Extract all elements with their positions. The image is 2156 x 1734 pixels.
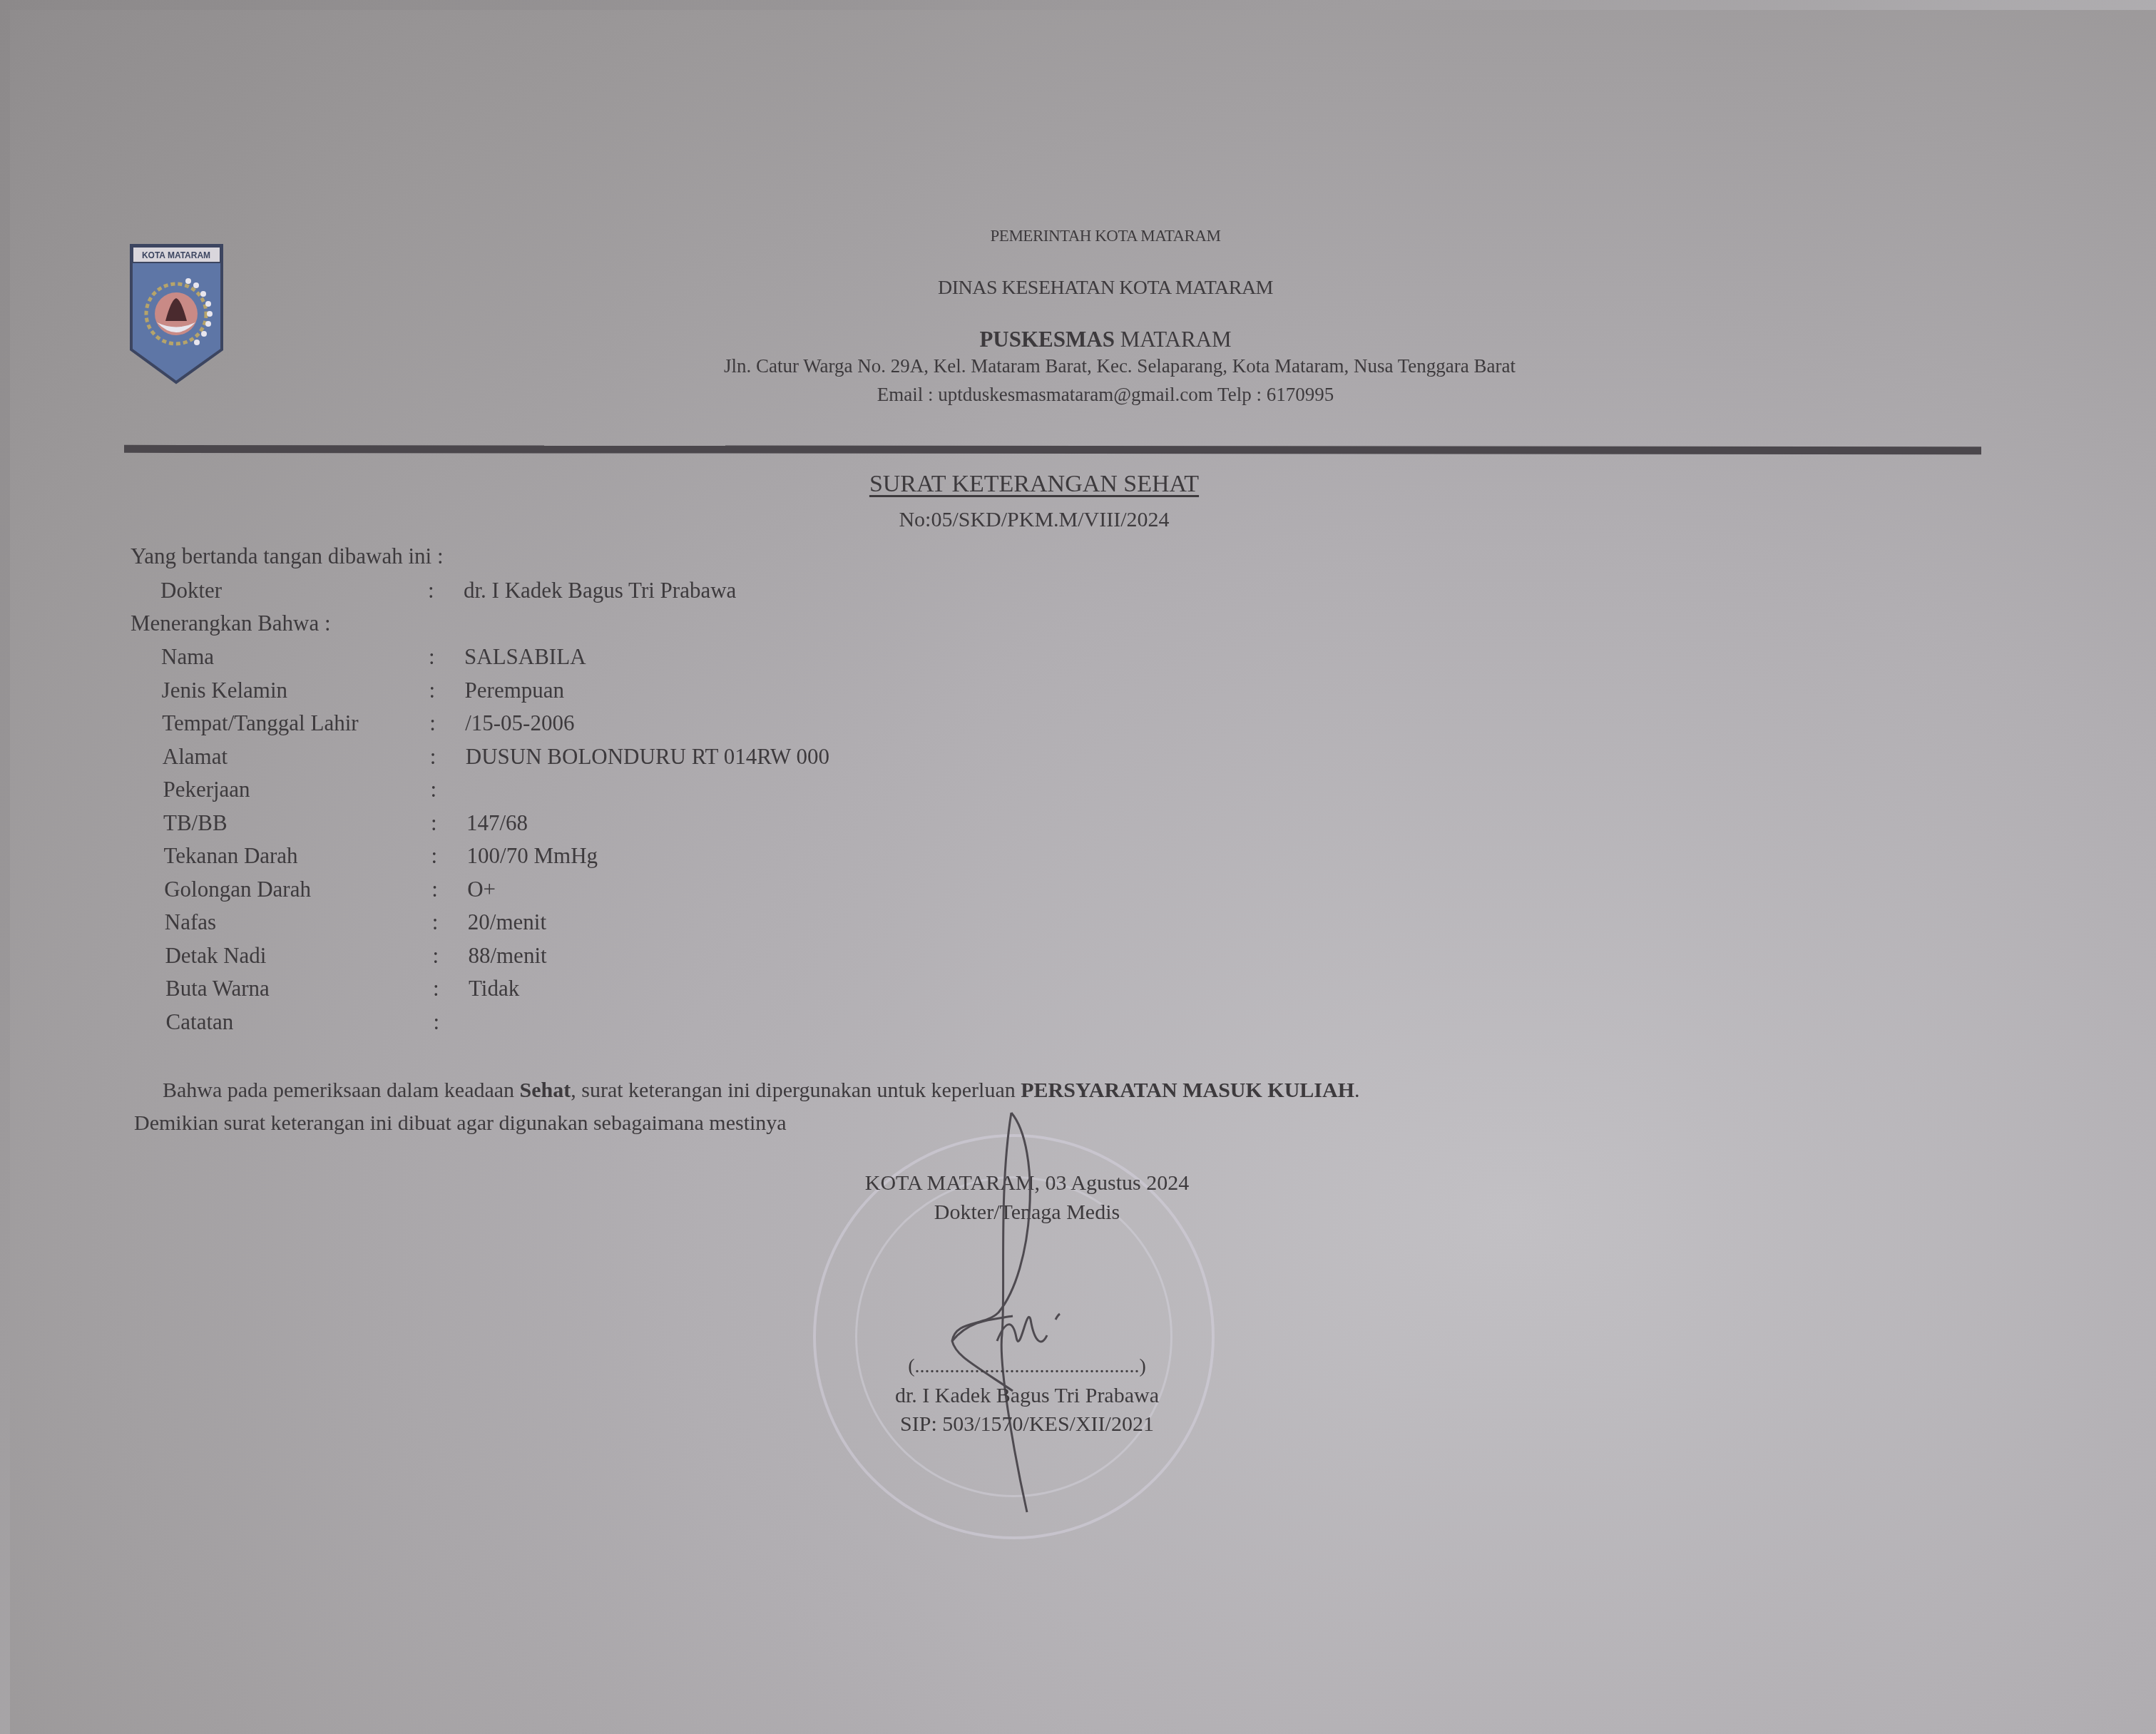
signatory-license: SIP: 503/1570/KES/XII/2021 bbox=[813, 1412, 1241, 1437]
colon: : bbox=[433, 976, 439, 1001]
field-value: 147/68 bbox=[466, 810, 528, 836]
field-value: O+ bbox=[467, 877, 496, 902]
institution-address: Jln. Catur Warga No. 29A, Kel. Mataram B… bbox=[642, 355, 1598, 377]
document-number: No:05/SKD/PKM.M/VIII/2024 bbox=[820, 508, 1248, 532]
field-value: /15-05-2006 bbox=[465, 710, 574, 736]
field-label: Tekanan Darah bbox=[164, 843, 298, 869]
explains-text: Menerangkan Bahwa : bbox=[131, 611, 331, 636]
field-value: 100/70 MmHg bbox=[467, 843, 598, 869]
statement-paragraph: Bahwa pada pemeriksaan dalam keadaan Seh… bbox=[163, 1078, 1360, 1103]
institution-name: PUSKESMAS MATARAM bbox=[870, 327, 1341, 352]
field-value: SALSABILA bbox=[464, 644, 586, 670]
statement-part3: . bbox=[1354, 1078, 1360, 1102]
government-name: PEMERINTAH KOTA MATARAM bbox=[891, 227, 1319, 245]
field-value: Perempuan bbox=[465, 678, 564, 703]
colon: : bbox=[431, 843, 438, 869]
field-label: Nafas bbox=[165, 909, 216, 935]
colon: : bbox=[430, 744, 436, 770]
letterhead-divider bbox=[124, 445, 1981, 454]
colon: : bbox=[429, 644, 435, 670]
field-label: Buta Warna bbox=[165, 976, 270, 1001]
field-value: 20/menit bbox=[468, 909, 546, 935]
colon: : bbox=[430, 777, 436, 802]
field-label: Catatan bbox=[166, 1009, 234, 1035]
signature-placeholder: (.......................................… bbox=[813, 1355, 1241, 1378]
statement-health-status: Sehat bbox=[520, 1078, 571, 1102]
closing-paragraph: Demikian surat keterangan ini dibuat aga… bbox=[134, 1111, 787, 1136]
field-label: Alamat bbox=[163, 744, 228, 770]
colon: : bbox=[432, 909, 439, 935]
colon: : bbox=[434, 1009, 440, 1035]
field-label: Nama bbox=[161, 644, 214, 670]
field-value: Tidak bbox=[469, 976, 519, 1001]
field-label: Golongan Darah bbox=[164, 877, 311, 902]
field-label: Detak Nadi bbox=[165, 943, 266, 969]
statement-part2: , surat keterangan ini dipergunakan untu… bbox=[571, 1078, 1021, 1102]
field-label: Pekerjaan bbox=[163, 777, 250, 802]
document-title: SURAT KETERANGAN SEHAT bbox=[820, 471, 1248, 498]
field-label: Jenis Kelamin bbox=[162, 678, 288, 703]
signatory-name: dr. I Kadek Bagus Tri Prabawa bbox=[813, 1384, 1241, 1408]
institution-name-bold: PUSKESMAS bbox=[979, 327, 1114, 352]
agency-name: DINAS KESEHATAN KOTA MATARAM bbox=[834, 277, 1376, 300]
colon: : bbox=[432, 943, 439, 969]
field-label: TB/BB bbox=[163, 810, 228, 836]
colon: : bbox=[429, 678, 436, 703]
institution-contact: Email : uptduskesmasmataram@gmail.com Te… bbox=[749, 384, 1462, 406]
intro-text: Yang bertanda tangan dibawah ini : bbox=[131, 544, 444, 569]
field-value: 88/menit bbox=[468, 943, 546, 969]
handwritten-signature-icon bbox=[927, 1106, 1113, 1519]
colon: : bbox=[428, 578, 434, 603]
field-label: Tempat/Tanggal Lahir bbox=[162, 710, 358, 736]
doctor-value: dr. I Kadek Bagus Tri Prabawa bbox=[464, 578, 736, 603]
doctor-label: Dokter bbox=[160, 578, 222, 603]
institution-name-rest: MATARAM bbox=[1120, 327, 1232, 352]
field-value: DUSUN BOLONDURU RT 014RW 000 bbox=[466, 744, 829, 770]
svg-text:KOTA MATARAM: KOTA MATARAM bbox=[142, 250, 210, 260]
statement-purpose: PERSYARATAN MASUK KULIAH bbox=[1021, 1078, 1354, 1102]
colon: : bbox=[431, 877, 438, 902]
colon: : bbox=[429, 710, 436, 736]
colon: : bbox=[431, 810, 437, 836]
statement-part1: Bahwa pada pemeriksaan dalam keadaan bbox=[163, 1078, 520, 1102]
coat-of-arms-icon: KOTA MATARAM bbox=[128, 243, 225, 385]
